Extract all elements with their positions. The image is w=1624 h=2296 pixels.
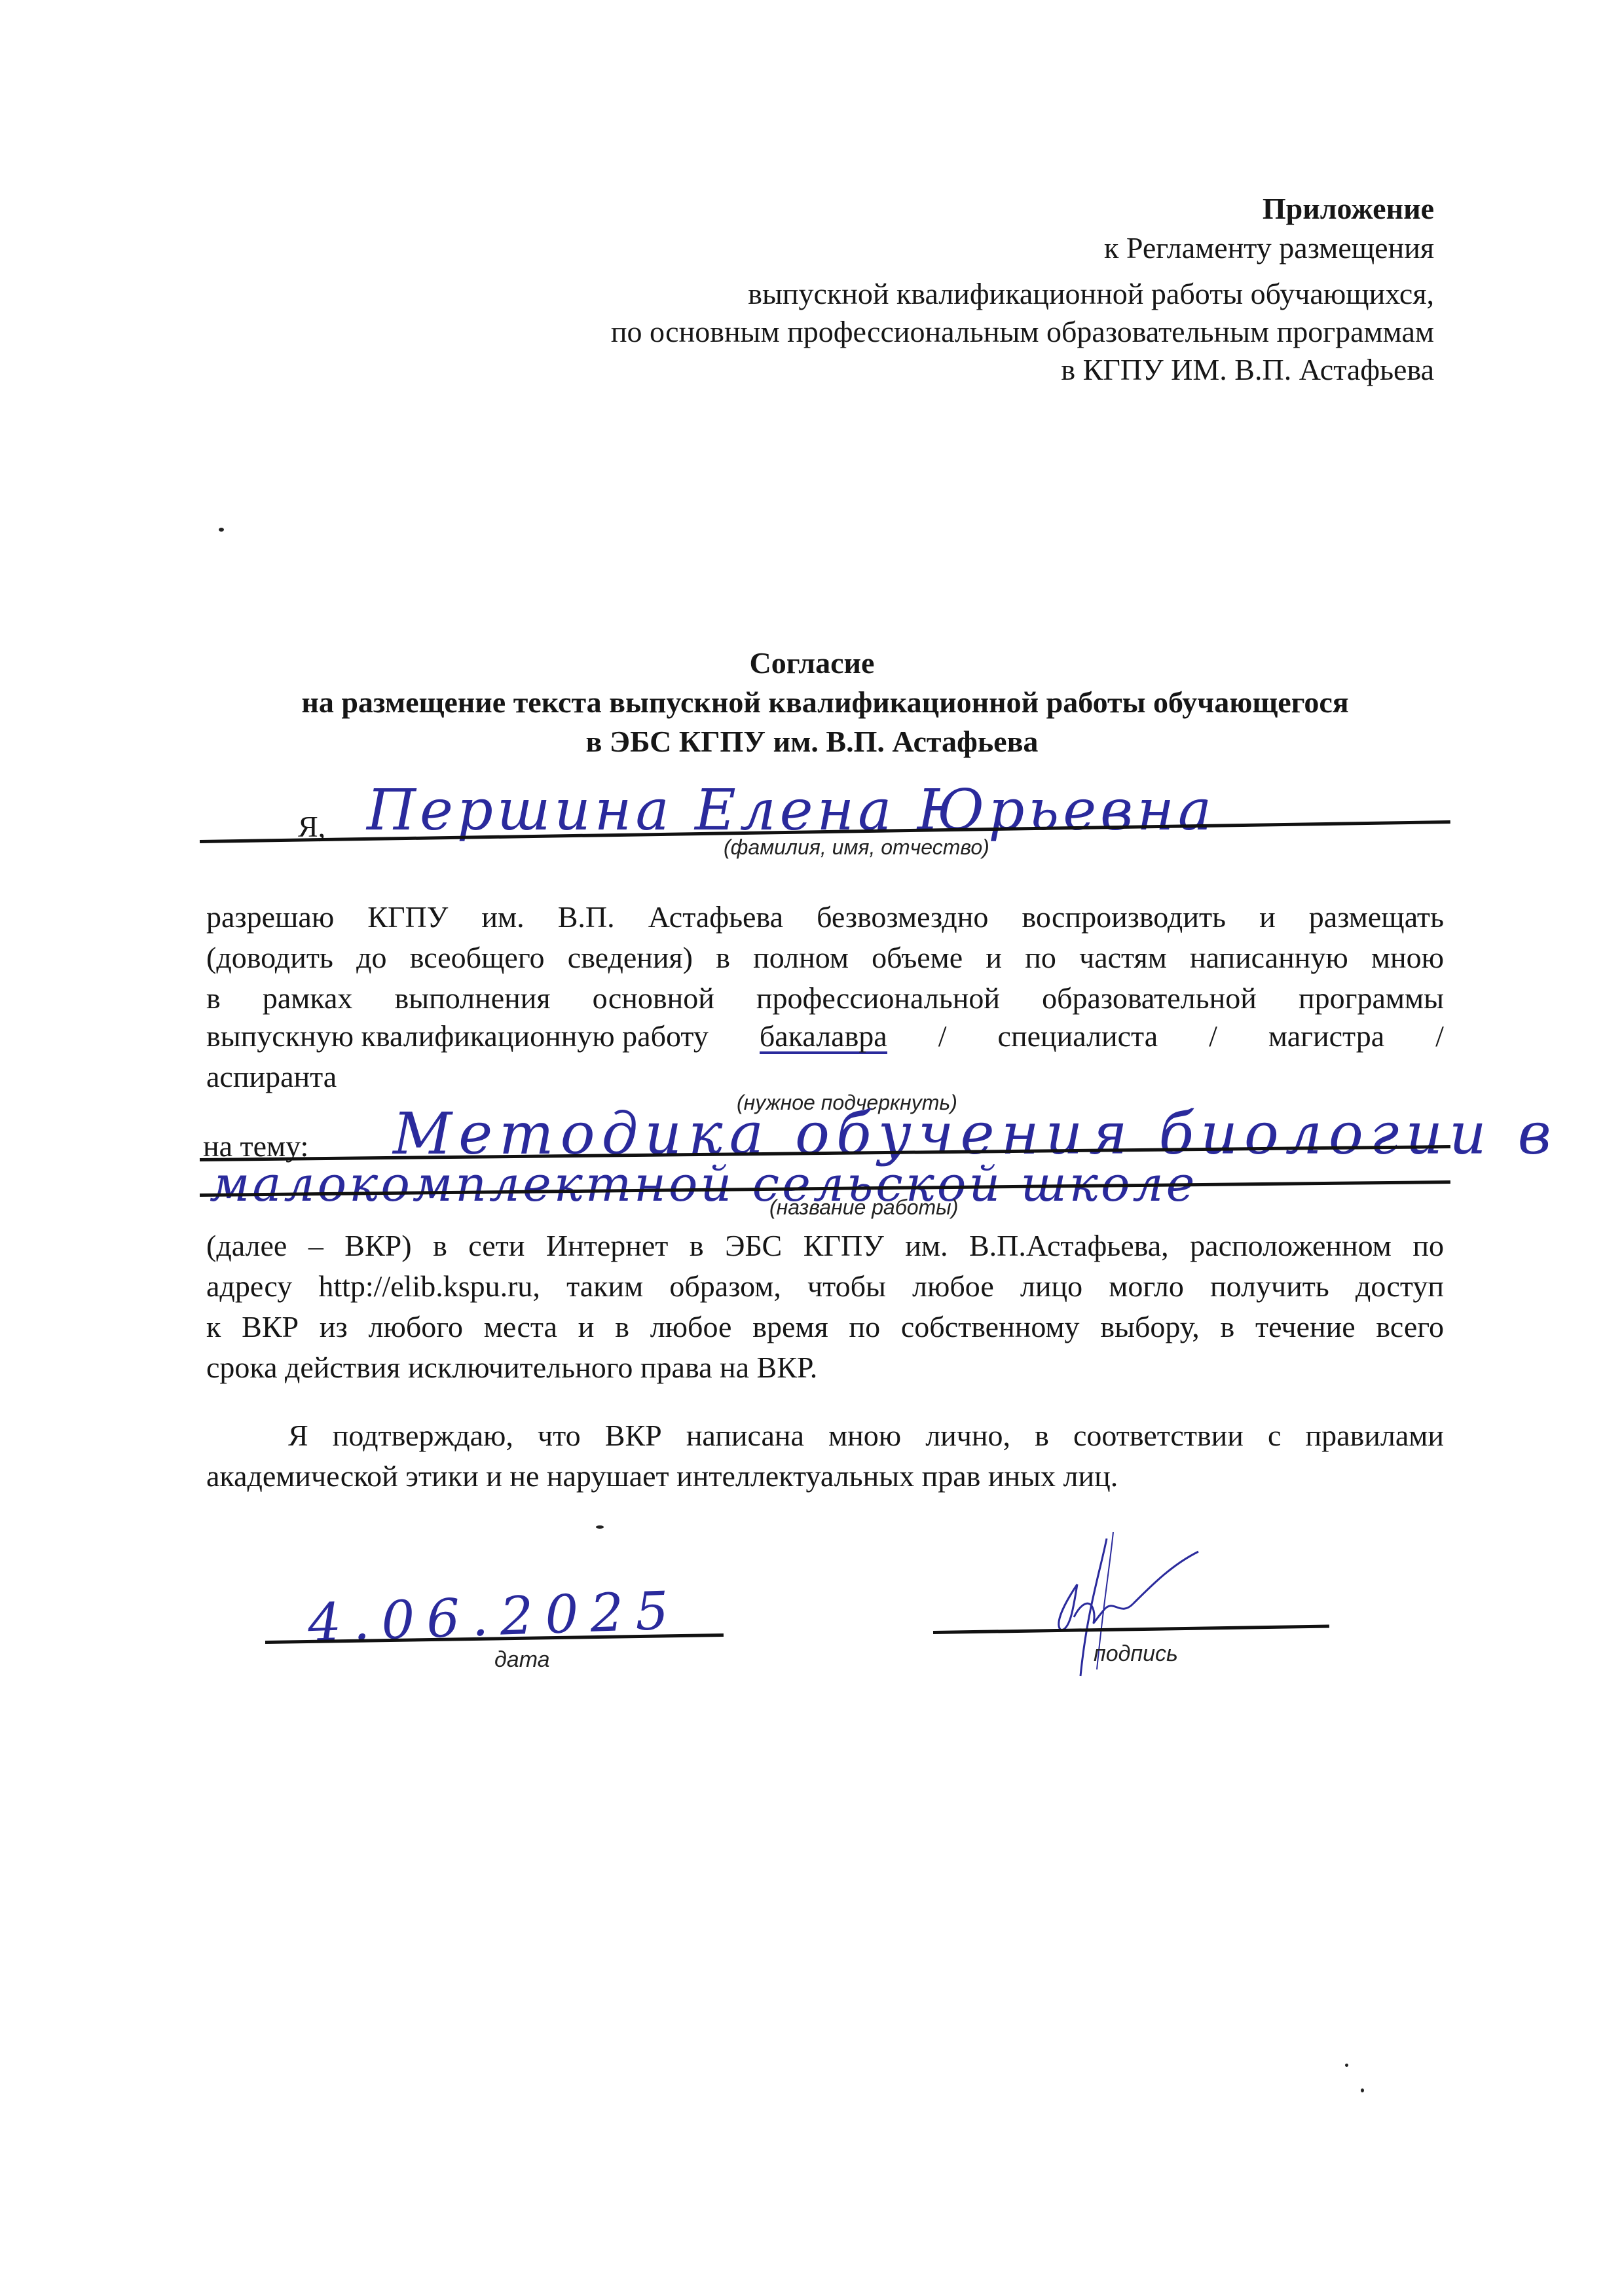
degree-option-specialist[interactable]: специалиста: [998, 1021, 1158, 1054]
scan-speck: [1345, 2064, 1348, 2067]
slash: /: [938, 1021, 947, 1054]
slash: /: [1209, 1021, 1217, 1054]
scan-speck: [596, 1525, 604, 1529]
appendix-line: в КГПУ ИМ. В.П. Астафьева: [1061, 355, 1434, 385]
degree-option-postgrad[interactable]: аспиранта: [206, 1062, 337, 1092]
confirmation-line: Я подтверждаю, что ВКР написана мною лич…: [288, 1421, 1444, 1451]
appendix-title: Приложение: [1263, 194, 1434, 224]
heading-line: на размещение текста выпускной квалифика…: [0, 687, 1624, 718]
name-caption: (фамилия, имя, отчество): [724, 835, 989, 860]
heading-title: Согласие: [0, 648, 1624, 678]
degree-line: выпускную квалификационную работу бакала…: [206, 1021, 1444, 1054]
scan-speck: [1361, 2088, 1364, 2092]
body2-line: адресу http://elib.kspu.ru, таким образо…: [206, 1271, 1444, 1302]
body2-line: к ВКР из любого места и в любое время по…: [206, 1312, 1444, 1342]
appendix-line: по основным профессиональным образовател…: [611, 317, 1434, 347]
appendix-line: к Регламенту размещения: [1104, 233, 1434, 263]
degree-option-bachelor[interactable]: бакалавра: [760, 1021, 887, 1054]
signature-caption: подпись: [1094, 1641, 1178, 1667]
appendix-line: выпускной квалификационной работы обучаю…: [748, 279, 1434, 309]
body-line: в рамках выполнения основной профессиона…: [206, 983, 1444, 1013]
body2-line: срока действия исключительного права на …: [206, 1353, 817, 1383]
slash: /: [1435, 1021, 1444, 1054]
body-line: (доводить до всеобщего сведения) в полно…: [206, 943, 1444, 973]
scan-speck: [219, 528, 224, 532]
degree-option-master[interactable]: магистра: [1268, 1021, 1384, 1054]
body2-line: (далее – ВКР) в сети Интернет в ЭБС КГПУ…: [206, 1231, 1444, 1261]
degree-prefix: выпускную квалификационную работу: [206, 1021, 709, 1054]
body-line: разрешаю КГПУ им. В.П. Астафьева безвозм…: [206, 902, 1444, 932]
confirmation-line: академической этики и не нарушает интелл…: [206, 1461, 1118, 1491]
topic-caption: (название работы): [769, 1195, 958, 1220]
heading-line: в ЭБС КГПУ им. В.П. Астафьева: [0, 727, 1624, 757]
date-caption: дата: [494, 1647, 550, 1673]
